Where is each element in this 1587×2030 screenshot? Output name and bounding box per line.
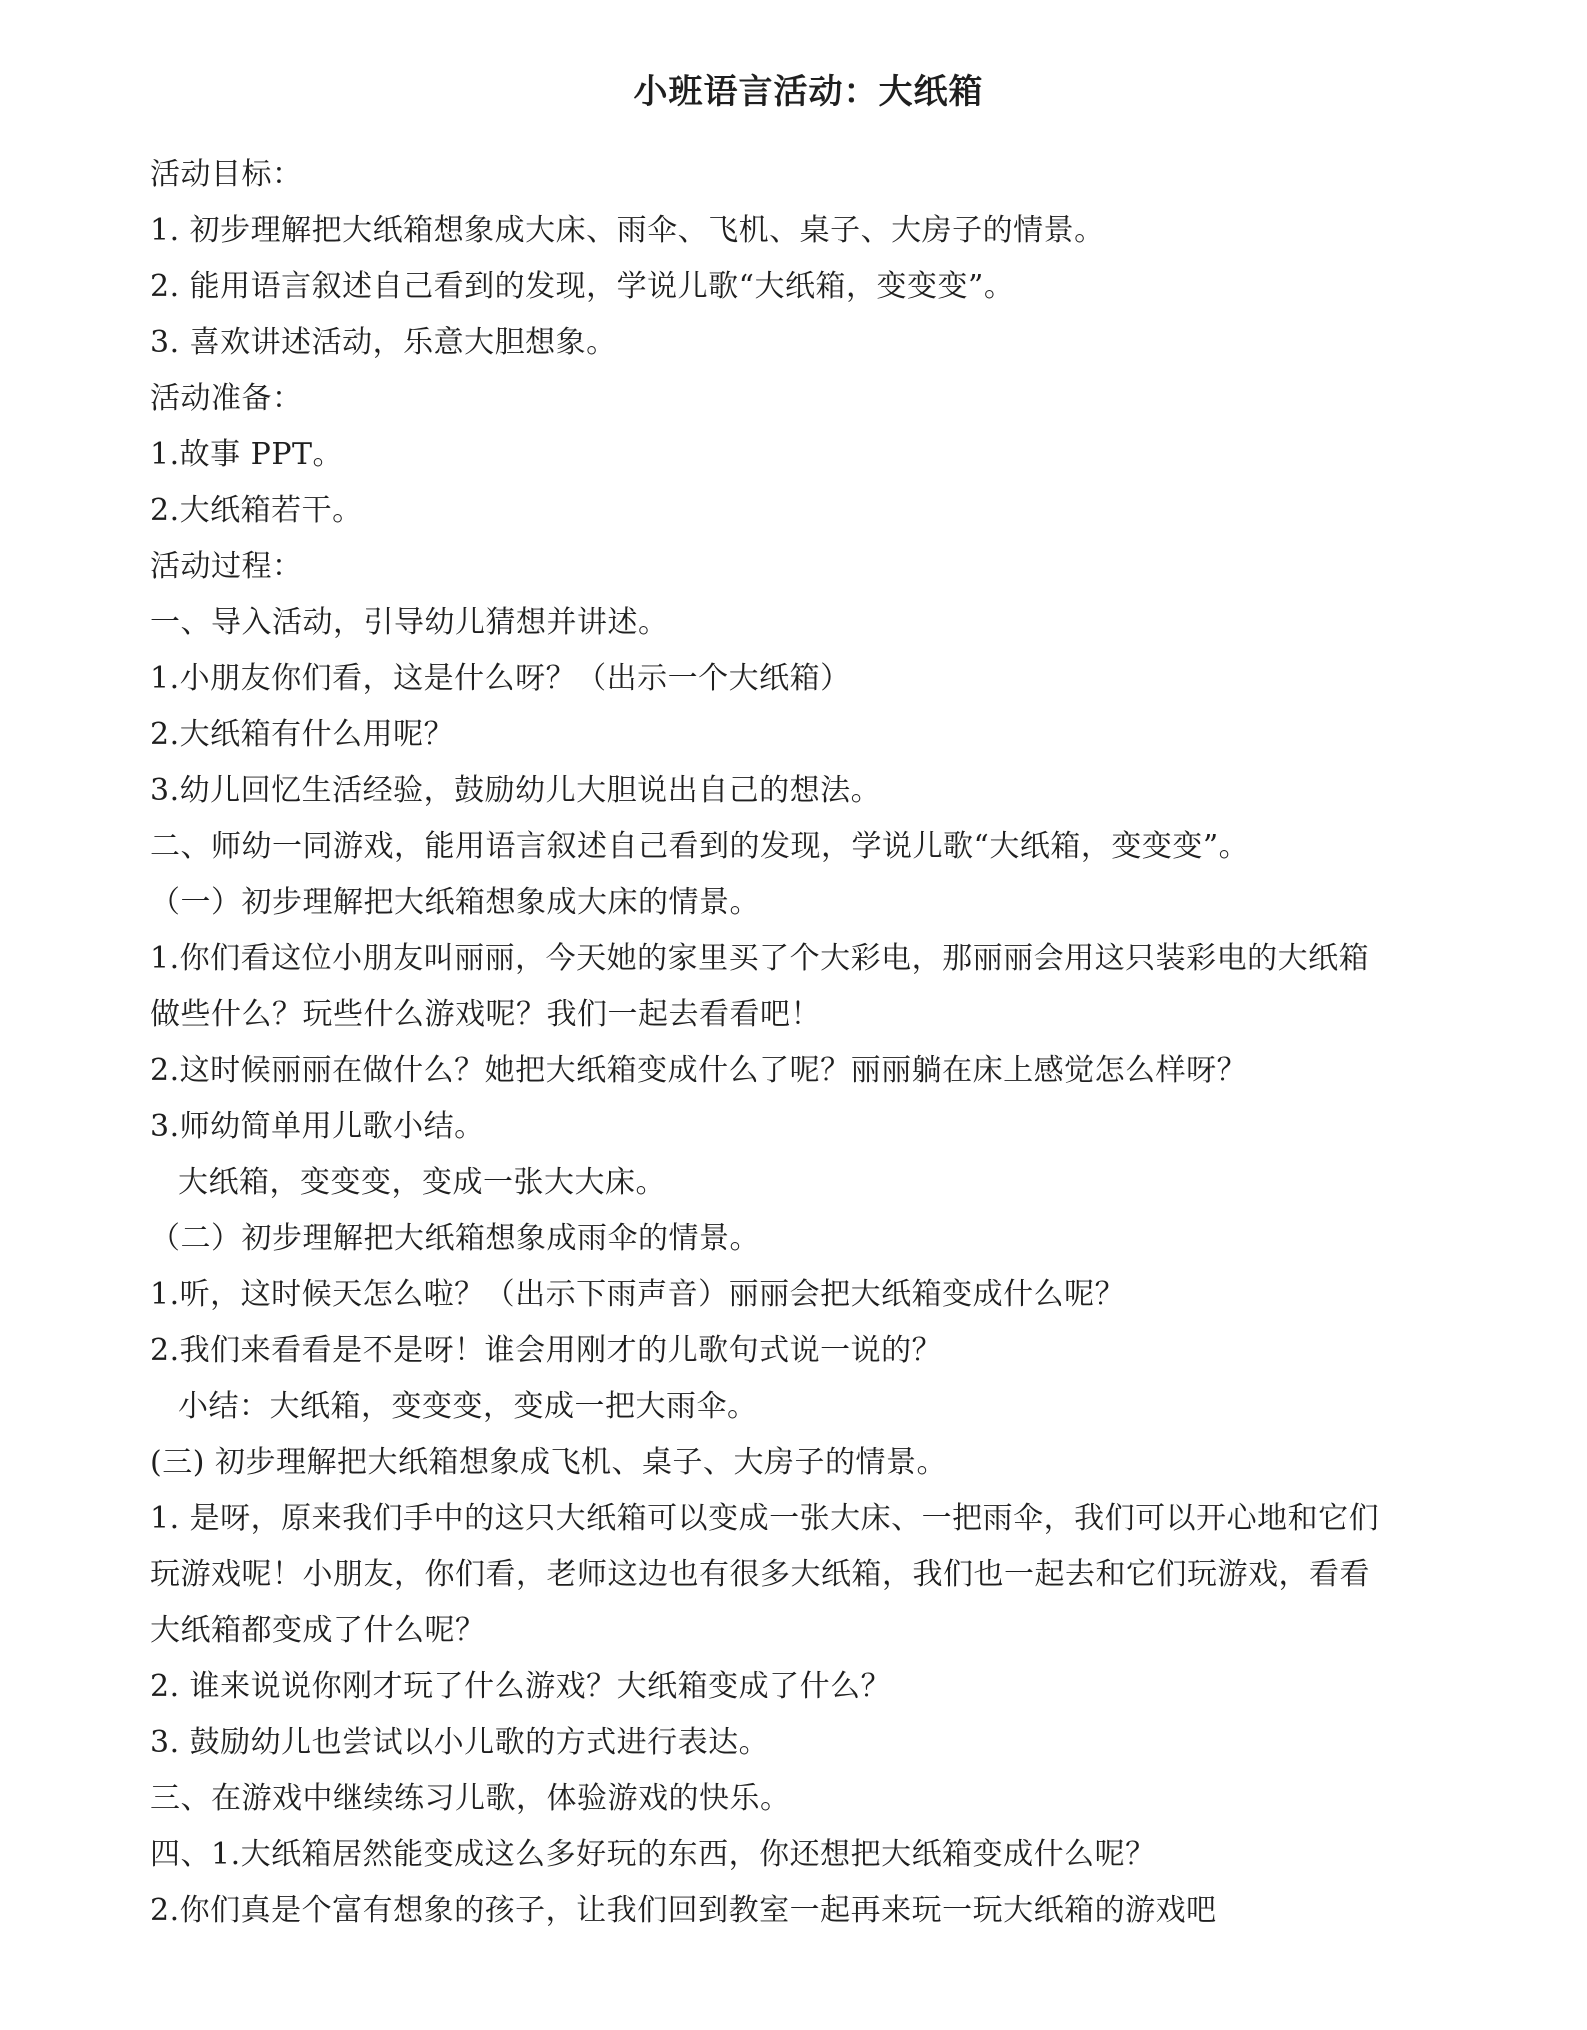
document-body: 活动目标：1. 初步理解把大纸箱想象成大床、雨伞、飞机、桌子、大房子的情景。2.… [150,147,1467,1939]
document-title: 小班语言活动：大纸箱 [150,70,1467,114]
document-line: 1.故事 PPT。 [150,427,1467,483]
document-line: （二）初步理解把大纸箱想象成雨伞的情景。 [150,1211,1467,1267]
document-line: (三) 初步理解把大纸箱想象成飞机、桌子、大房子的情景。 [150,1435,1467,1491]
document-line: 大纸箱，变变变，变成一张大大床。 [150,1155,1467,1211]
document-line: 2. 能用语言叙述自己看到的发现，学说儿歌“大纸箱，变变变”。 [150,259,1467,315]
document-line: 2.你们真是个富有想象的孩子，让我们回到教室一起再来玩一玩大纸箱的游戏吧 [150,1883,1467,1939]
document-line: 2.这时候丽丽在做什么？她把大纸箱变成什么了呢？丽丽躺在床上感觉怎么样呀？ [150,1043,1467,1099]
document-line: 二、师幼一同游戏，能用语言叙述自己看到的发现，学说儿歌“大纸箱，变变变”。 [150,819,1467,875]
document-line: 1. 初步理解把大纸箱想象成大床、雨伞、飞机、桌子、大房子的情景。 [150,203,1467,259]
document-page: 小班语言活动：大纸箱 活动目标：1. 初步理解把大纸箱想象成大床、雨伞、飞机、桌… [0,0,1587,2030]
document-line: 2.大纸箱若干。 [150,483,1467,539]
document-line: 活动目标： [150,147,1467,203]
document-line: 3.师幼简单用儿歌小结。 [150,1099,1467,1155]
document-line: 玩游戏呢！小朋友，你们看，老师这边也有很多大纸箱，我们也一起去和它们玩游戏，看看 [150,1547,1467,1603]
document-line: 活动准备： [150,371,1467,427]
document-line: 大纸箱都变成了什么呢？ [150,1603,1467,1659]
document-line: 1.听，这时候天怎么啦？（出示下雨声音）丽丽会把大纸箱变成什么呢？ [150,1267,1467,1323]
document-line: 做些什么？玩些什么游戏呢？我们一起去看看吧！ [150,987,1467,1043]
document-line: 小结：大纸箱，变变变，变成一把大雨伞。 [150,1379,1467,1435]
document-line: 三、在游戏中继续练习儿歌，体验游戏的快乐。 [150,1771,1467,1827]
document-line: 活动过程： [150,539,1467,595]
document-line: （一）初步理解把大纸箱想象成大床的情景。 [150,875,1467,931]
document-line: 3. 鼓励幼儿也尝试以小儿歌的方式进行表达。 [150,1715,1467,1771]
document-line: 四、1.大纸箱居然能变成这么多好玩的东西，你还想把大纸箱变成什么呢？ [150,1827,1467,1883]
document-line: 3. 喜欢讲述活动，乐意大胆想象。 [150,315,1467,371]
document-line: 1.你们看这位小朋友叫丽丽，今天她的家里买了个大彩电，那丽丽会用这只装彩电的大纸… [150,931,1467,987]
document-line: 一、导入活动，引导幼儿猜想并讲述。 [150,595,1467,651]
document-line: 2. 谁来说说你刚才玩了什么游戏？大纸箱变成了什么？ [150,1659,1467,1715]
document-line: 1.小朋友你们看，这是什么呀？（出示一个大纸箱） [150,651,1467,707]
document-line: 1. 是呀，原来我们手中的这只大纸箱可以变成一张大床、一把雨伞，我们可以开心地和… [150,1491,1467,1547]
document-line: 3.幼儿回忆生活经验，鼓励幼儿大胆说出自己的想法。 [150,763,1467,819]
document-line: 2.我们来看看是不是呀！谁会用刚才的儿歌句式说一说的？ [150,1323,1467,1379]
document-line: 2.大纸箱有什么用呢？ [150,707,1467,763]
